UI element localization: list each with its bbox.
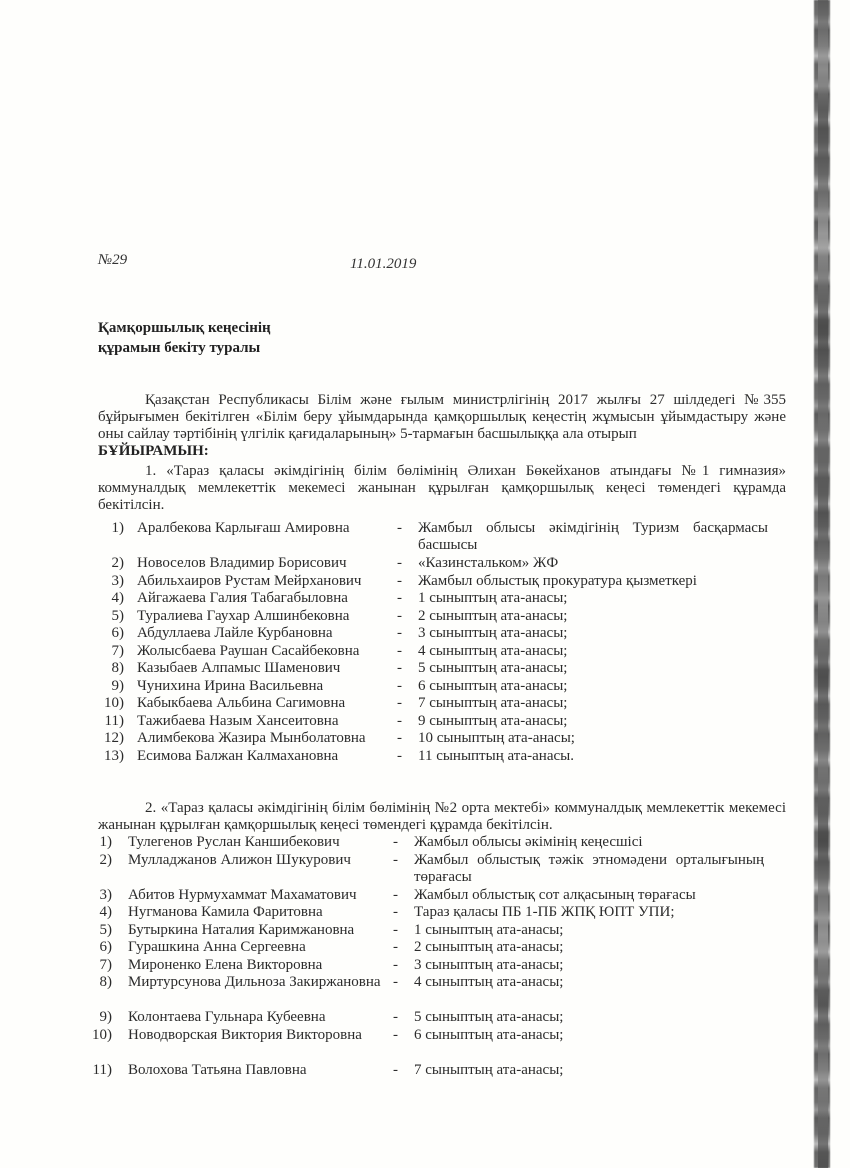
member-number: 2)	[96, 555, 124, 572]
member-number: 13)	[96, 748, 124, 765]
preamble-text: Қазақстан Республикасы Білім және ғылым …	[98, 392, 786, 442]
member-row: 11)Тажибаева Назым Хансеитовна-9 сыныпты…	[0, 713, 850, 731]
member-role: 3 сыныптың ата-анасы;	[418, 625, 768, 642]
member-role: 9 сыныптың ата-анасы;	[418, 713, 768, 730]
member-name: Гурашкина Анна Сергеевна	[128, 939, 383, 956]
section-2-paragraph: 2. «Тараз қаласы әкімдігінің білім бөлім…	[98, 800, 786, 834]
title-line-1: Қамқоршылық кеңесінің	[98, 318, 398, 338]
member-number: 9)	[96, 678, 124, 695]
member-role: Тараз қаласы ПБ 1-ПБ ЖПҚ ЮПТ УПИ;	[414, 904, 764, 921]
member-role: Жамбыл облысы әкімдігінің Туризм басқарм…	[418, 520, 768, 554]
member-row: 12)Алимбекова Жазира Мынболатовна-10 сын…	[0, 730, 850, 748]
member-role: 3 сыныптың ата-анасы;	[414, 957, 764, 974]
member-row: 4)Нугманова Камила Фаритовна-Тараз қалас…	[0, 904, 850, 922]
member-name: Тажибаева Назым Хансеитовна	[137, 713, 392, 730]
member-dash: -	[397, 520, 402, 537]
title-line-2: құрамын бекіту туралы	[98, 338, 398, 358]
member-name: Новоселов Владимир Борисович	[137, 555, 392, 572]
member-role: Жамбыл облыстық сот алқасының төрағасы	[414, 887, 764, 904]
member-number: 6)	[96, 625, 124, 642]
scan-edge-shadow-inner	[818, 0, 828, 1168]
member-dash: -	[393, 904, 398, 921]
member-number: 3)	[84, 887, 112, 904]
section-1-text: 1. «Тараз қаласы әкімдігінің білім бөлім…	[98, 463, 786, 513]
member-dash: -	[393, 834, 398, 851]
member-dash: -	[397, 590, 402, 607]
member-row: 1)Тулегенов Руслан Каншибекович-Жамбыл о…	[0, 834, 850, 852]
member-number: 10)	[96, 695, 124, 712]
member-number: 1)	[96, 520, 124, 537]
member-number: 12)	[96, 730, 124, 747]
member-name: Новодворская Виктория Викторовна	[128, 1027, 383, 1044]
member-role: Жамбыл облыстық тәжік этномәдени орталығ…	[414, 852, 764, 886]
member-number: 6)	[84, 939, 112, 956]
member-name: Бутыркина Наталия Каримжановна	[128, 922, 383, 939]
member-row: 2)Мулладжанов Алижон Шукурович-Жамбыл об…	[0, 852, 850, 887]
member-dash: -	[393, 1027, 398, 1044]
member-name: Тулегенов Руслан Каншибекович	[128, 834, 383, 851]
member-row: 7)Жолысбаева Раушан Сасайбековна-4 сынып…	[0, 643, 850, 661]
member-name: Чунихина Ирина Васильевна	[137, 678, 392, 695]
member-dash: -	[393, 887, 398, 904]
section-1-member-list: 1)Аралбекова Карлығаш Амировна-Жамбыл об…	[0, 520, 850, 765]
member-name: Абдуллаева Лайле Курбановна	[137, 625, 392, 642]
member-row: 1)Аралбекова Карлығаш Амировна-Жамбыл об…	[0, 520, 850, 555]
member-number: 5)	[84, 922, 112, 939]
member-row: 5)Туралиева Гаухар Алшинбековна-2 сыныпт…	[0, 608, 850, 626]
member-dash: -	[397, 625, 402, 642]
member-row: 13)Есимова Балжан Калмахановна-11 сыныпт…	[0, 748, 850, 766]
member-role: 5 сыныптың ата-анасы;	[418, 660, 768, 677]
member-name: Волохова Татьяна Павловна	[128, 1062, 383, 1079]
member-name: Казыбаев Алпамыс Шаменович	[137, 660, 392, 677]
member-dash: -	[393, 974, 398, 991]
member-name: Айгажаева Галия Табагабыловна	[137, 590, 392, 607]
member-name: Миртурсунова Дильноза Закиржановна	[128, 974, 383, 991]
section-1-paragraph: 1. «Тараз қаласы әкімдігінің білім бөлім…	[98, 463, 786, 514]
member-row: 6)Гурашкина Анна Сергеевна-2 сыныптың ат…	[0, 939, 850, 957]
member-dash: -	[397, 713, 402, 730]
member-number: 9)	[84, 1009, 112, 1026]
member-row: 3)Абитов Нурмухаммат Махаматович-Жамбыл …	[0, 887, 850, 905]
member-name: Жолысбаева Раушан Сасайбековна	[137, 643, 392, 660]
member-number: 2)	[84, 852, 112, 869]
member-number: 5)	[96, 608, 124, 625]
member-row: 6)Абдуллаева Лайле Курбановна-3 сыныптың…	[0, 625, 850, 643]
member-dash: -	[397, 730, 402, 747]
member-number: 4)	[96, 590, 124, 607]
member-dash: -	[393, 957, 398, 974]
member-row: 10)Новодворская Виктория Викторовна-6 сы…	[0, 1027, 850, 1062]
member-dash: -	[397, 643, 402, 660]
member-number: 8)	[84, 974, 112, 991]
member-dash: -	[397, 555, 402, 572]
member-number: 1)	[84, 834, 112, 851]
member-role: 6 сыныптың ата-анасы;	[418, 678, 768, 695]
member-name: Мироненко Елена Викторовна	[128, 957, 383, 974]
member-role: 4 сыныптың ата-анасы;	[414, 974, 764, 991]
member-role: 1 сыныптың ата-анасы;	[414, 922, 764, 939]
member-row: 2)Новоселов Владимир Борисович-«Казинста…	[0, 555, 850, 573]
member-role: 1 сыныптың ата-анасы;	[418, 590, 768, 607]
member-row: 9)Колонтаева Гульнара Кубеевна-5 сыныпты…	[0, 1009, 850, 1027]
member-row: 8)Казыбаев Алпамыс Шаменович-5 сыныптың …	[0, 660, 850, 678]
member-role: 10 сыныптың ата-анасы;	[418, 730, 768, 747]
member-dash: -	[393, 852, 398, 869]
member-role: 5 сыныптың ата-анасы;	[414, 1009, 764, 1026]
member-name: Аралбекова Карлығаш Амировна	[137, 520, 392, 537]
member-role: Жамбыл облыстық прокуратура қызметкері	[418, 573, 768, 590]
order-number: №29	[98, 252, 127, 269]
member-dash: -	[393, 939, 398, 956]
preamble-paragraph: Қазақстан Республикасы Білім және ғылым …	[98, 392, 786, 443]
member-role: 4 сыныптың ата-анасы;	[418, 643, 768, 660]
member-dash: -	[397, 573, 402, 590]
member-number: 11)	[84, 1062, 112, 1079]
member-role: 7 сыныптың ата-анасы;	[418, 695, 768, 712]
member-dash: -	[393, 1062, 398, 1079]
member-name: Туралиева Гаухар Алшинбековна	[137, 608, 392, 625]
member-role: 6 сыныптың ата-анасы;	[414, 1027, 764, 1044]
member-row: 8)Миртурсунова Дильноза Закиржановна-4 с…	[0, 974, 850, 1009]
member-dash: -	[397, 748, 402, 765]
member-row: 11)Волохова Татьяна Павловна-7 сыныптың …	[0, 1062, 850, 1080]
member-number: 7)	[96, 643, 124, 660]
member-row: 4)Айгажаева Галия Табагабыловна-1 сыныпт…	[0, 590, 850, 608]
member-number: 7)	[84, 957, 112, 974]
document-page: №29 11.01.2019 Қамқоршылық кеңесінің құр…	[0, 0, 850, 1168]
section-2-text: 2. «Тараз қаласы әкімдігінің білім бөлім…	[98, 800, 786, 833]
member-name: Нугманова Камила Фаритовна	[128, 904, 383, 921]
member-role: 7 сыныптың ата-анасы;	[414, 1062, 764, 1079]
member-row: 7)Мироненко Елена Викторовна-3 сыныптың …	[0, 957, 850, 975]
member-dash: -	[397, 678, 402, 695]
member-name: Кабыкбаева Альбина Сагимовна	[137, 695, 392, 712]
member-name: Абильхаиров Рустам Мейрханович	[137, 573, 392, 590]
member-name: Абитов Нурмухаммат Махаматович	[128, 887, 383, 904]
member-number: 11)	[96, 713, 124, 730]
order-date: 11.01.2019	[350, 256, 416, 273]
section-2-member-list: 1)Тулегенов Руслан Каншибекович-Жамбыл о…	[0, 834, 850, 1079]
member-dash: -	[397, 695, 402, 712]
member-role: 2 сыныптың ата-анасы;	[414, 939, 764, 956]
member-dash: -	[397, 660, 402, 677]
member-row: 10)Кабыкбаева Альбина Сагимовна-7 сыныпт…	[0, 695, 850, 713]
member-number: 10)	[84, 1027, 112, 1044]
member-dash: -	[393, 1009, 398, 1026]
member-role: 11 сыныптың ата-анасы.	[418, 748, 768, 765]
member-name: Есимова Балжан Калмахановна	[137, 748, 392, 765]
member-role: Жамбыл облысы әкімінің кеңесшісі	[414, 834, 764, 851]
member-role: 2 сыныптың ата-анасы;	[418, 608, 768, 625]
member-row: 5)Бутыркина Наталия Каримжановна-1 сынып…	[0, 922, 850, 940]
member-dash: -	[393, 922, 398, 939]
member-name: Колонтаева Гульнара Кубеевна	[128, 1009, 383, 1026]
member-number: 3)	[96, 573, 124, 590]
member-name: Мулладжанов Алижон Шукурович	[128, 852, 383, 869]
member-number: 8)	[96, 660, 124, 677]
decree-word: БҰЙЫРАМЫН:	[98, 443, 209, 460]
member-row: 3)Абильхаиров Рустам Мейрханович-Жамбыл …	[0, 573, 850, 591]
member-number: 4)	[84, 904, 112, 921]
member-dash: -	[397, 608, 402, 625]
member-row: 9)Чунихина Ирина Васильевна-6 сыныптың а…	[0, 678, 850, 696]
member-role: «Казинстальком» ЖФ	[418, 555, 768, 572]
document-title: Қамқоршылық кеңесінің құрамын бекіту тур…	[98, 318, 398, 358]
member-name: Алимбекова Жазира Мынболатовна	[137, 730, 392, 747]
